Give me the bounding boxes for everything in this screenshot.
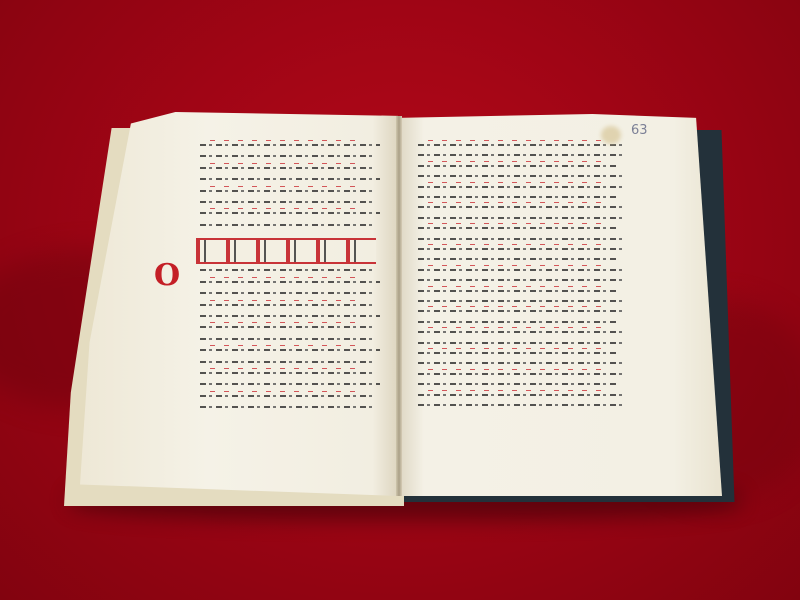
- folio-number: 63: [631, 123, 648, 138]
- notation-line: [418, 383, 618, 385]
- notation-line: [200, 361, 376, 363]
- notation-line: [200, 292, 376, 294]
- red-neume-line: [210, 322, 360, 323]
- red-neume-line: [210, 300, 360, 301]
- notation-line: [200, 395, 376, 397]
- notation-line: [200, 406, 372, 408]
- notation-line: [200, 383, 380, 385]
- book-gutter: [396, 116, 402, 496]
- red-neume-line: [428, 369, 606, 370]
- notation-line: [418, 310, 622, 312]
- notation-line: [418, 238, 626, 240]
- notation-line: [200, 304, 372, 306]
- red-neume-line: [428, 390, 606, 391]
- notation-line: [418, 362, 626, 364]
- notation-line: [418, 290, 618, 292]
- notation-line: [418, 352, 618, 354]
- notation-line: [418, 206, 626, 208]
- notation-line: [418, 186, 622, 188]
- page-stain: [601, 126, 621, 144]
- notation-line: [418, 269, 626, 271]
- red-neume-line: [428, 306, 606, 307]
- notation-line: [418, 227, 618, 229]
- red-neume-line: [428, 140, 606, 141]
- notation-line: [418, 258, 618, 260]
- notation-line: [418, 165, 618, 167]
- photo-scene: Ο 63: [0, 0, 800, 600]
- notation-line: [418, 331, 626, 333]
- notation-line: [418, 144, 626, 146]
- red-neume-line: [428, 327, 606, 328]
- notation-line: [200, 269, 372, 271]
- red-neume-line: [428, 265, 606, 266]
- notation-line: [418, 279, 622, 281]
- notation-line: [418, 342, 622, 344]
- notation-line: [418, 373, 622, 375]
- notation-line: [200, 155, 376, 157]
- red-neume-line: [428, 348, 606, 349]
- notation-line: [200, 372, 372, 374]
- notation-line: [418, 248, 622, 250]
- notation-line: [200, 224, 376, 226]
- notation-line: [200, 201, 372, 203]
- notation-line: [418, 217, 622, 219]
- red-neume-line: [210, 391, 360, 392]
- red-neume-line: [210, 208, 360, 209]
- ornamental-headpiece: [196, 238, 376, 264]
- red-neume-line: [428, 223, 606, 224]
- notation-line: [200, 338, 372, 340]
- notation-line: [200, 212, 380, 214]
- notation-line: [418, 394, 626, 396]
- red-neume-line: [210, 186, 360, 187]
- red-neume-line: [428, 161, 606, 162]
- notation-line: [200, 326, 376, 328]
- red-neume-line: [210, 277, 360, 278]
- notation-line: [200, 190, 376, 192]
- red-neume-line: [428, 182, 606, 183]
- notation-line: [418, 154, 622, 156]
- decorated-initial: Ο: [154, 258, 180, 293]
- red-neume-line: [428, 286, 606, 287]
- notation-line: [418, 321, 618, 323]
- notation-line: [200, 349, 380, 351]
- notation-line: [200, 178, 380, 180]
- notation-line: [418, 404, 622, 406]
- notation-line: [200, 167, 372, 169]
- red-neume-line: [210, 163, 360, 164]
- notation-line: [418, 175, 626, 177]
- notation-line: [200, 144, 380, 146]
- notation-line: [200, 281, 380, 283]
- notation-line: [418, 196, 618, 198]
- red-neume-line: [428, 202, 606, 203]
- red-neume-line: [210, 368, 360, 369]
- red-neume-line: [210, 345, 360, 346]
- notation-line: [200, 315, 380, 317]
- red-neume-line: [428, 244, 606, 245]
- right-page: [398, 114, 722, 496]
- red-neume-line: [210, 140, 360, 141]
- notation-line: [418, 300, 626, 302]
